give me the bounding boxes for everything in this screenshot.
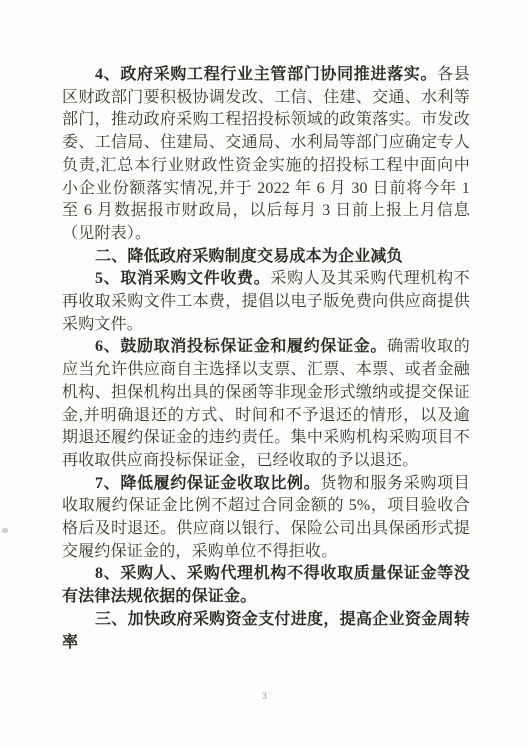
text-run: 5、取消采购文件收费。 [95, 270, 270, 287]
page-number: 3 [0, 691, 529, 701]
paragraph-list-item: 6、鼓励取消投标保证金和履约保证金。确需收取的应当允许供应商自主选择以支票、汇票… [62, 336, 470, 472]
paragraph-section-heading: 三、加快政府采购资金支付进度，提高企业资金周转率 [62, 609, 470, 654]
paragraph-list-item: 7、降低履约保证金收取比例。货物和服务采购项目收取履约保证金比例不超过合同金额的… [62, 473, 470, 564]
text-run: 7、降低履约保证金收取比例。 [95, 475, 320, 492]
paragraph-list-item: 5、取消采购文件收费。采购人及其采购代理机构不再收取采购文件工本费，提倡以电子版… [62, 268, 470, 336]
text-run: 三、加快政府采购资金支付进度，提高企业资金周转率 [62, 611, 470, 651]
paragraph-list-item: 4、政府采购工程行业主管部门协同推进落实。各县区财政部门要积极协调发改、工信、住… [62, 64, 470, 246]
text-run: 各县区财政部门要积极协调发改、工信、住建、交通、水利等部门，推动政府采购工程招投… [62, 66, 470, 242]
text-run: 确需收取的应当允许供应商自主选择以支票、汇票、本票、或者金融机构、担保机构出具的… [62, 338, 470, 469]
text-run: 4、政府采购工程行业主管部门协同推进落实。 [95, 66, 437, 83]
paragraph-list-item: 8、采购人、采购代理机构不得收取质量保证金等没有法律法规依据的保证金。 [62, 563, 470, 608]
paragraph-section-heading: 二、降低政府采购制度交易成本为企业减负 [62, 246, 470, 269]
text-run: 6、鼓励取消投标保证金和履约保证金。 [95, 338, 387, 355]
scanned-document-page: 4、政府采购工程行业主管部门协同推进落实。各县区财政部门要积极协调发改、工信、住… [0, 0, 529, 748]
document-body-text: 4、政府采购工程行业主管部门协同推进落实。各县区财政部门要积极协调发改、工信、住… [62, 64, 470, 654]
text-run: 8、采购人、采购代理机构不得收取质量保证金等没有法律法规依据的保证金。 [62, 565, 470, 605]
text-run: 二、降低政府采购制度交易成本为企业减负 [95, 248, 403, 265]
scan-artifact-speck [2, 528, 8, 533]
